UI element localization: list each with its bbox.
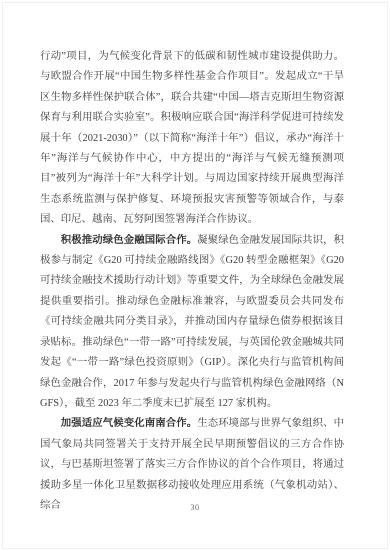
paragraph-lead: 加强适应气候变化南南合作。	[61, 418, 197, 429]
document-page: 行动”项目，为气候变化背景下的低碳和韧性城市建设提供助力。与欧盟合作开展“中国生…	[2, 2, 388, 549]
page-number: 30	[3, 503, 387, 512]
paragraph: 行动”项目，为气候变化背景下的低碳和韧性城市建设提供助力。与欧盟合作开展“中国生…	[40, 47, 344, 231]
paragraph-lead: 积极推动绿色金融国际合作。	[61, 235, 197, 246]
paragraph-text: 凝聚绿色金融发展国际共识，积极参与制定《G20 可持续金融路线图》《G20 转型…	[40, 235, 344, 409]
paragraph: 加强适应气候变化南南合作。生态环境部与世界气象组织、中国气象局共同签署关于支持开…	[40, 414, 344, 516]
paragraph-text: 行动”项目，为气候变化背景下的低碳和韧性城市建设提供助力。与欧盟合作开展“中国生…	[40, 51, 344, 225]
paragraph-text: 生态环境部与世界气象组织、中国气象局共同签署关于支持开展全民早期预警倡议的三方合…	[40, 418, 344, 511]
text-block: 行动”项目，为气候变化背景下的低碳和韧性城市建设提供助力。与欧盟合作开展“中国生…	[40, 47, 344, 516]
paragraph: 积极推动绿色金融国际合作。凝聚绿色金融发展国际共识，积极参与制定《G20 可持续…	[40, 231, 344, 415]
